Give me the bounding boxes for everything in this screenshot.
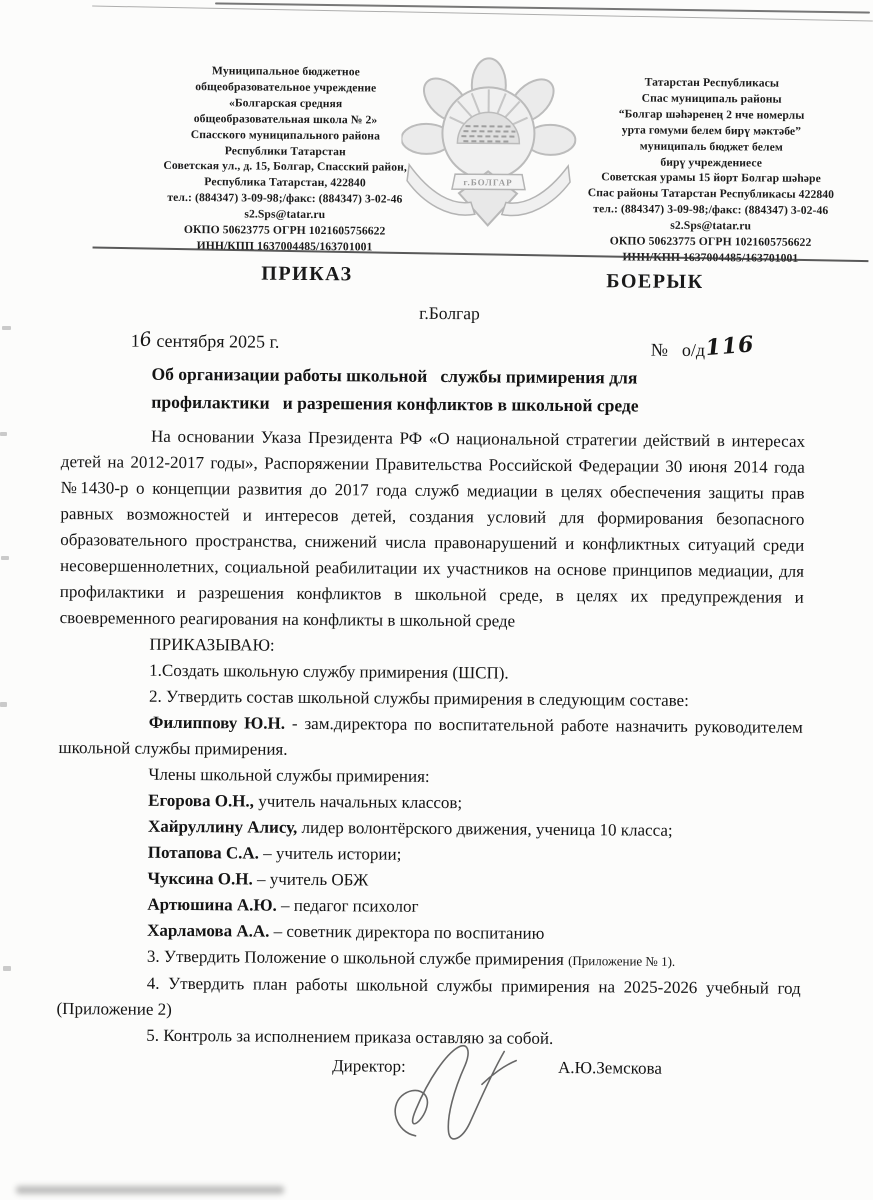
- person-role: – учитель истории;: [259, 844, 402, 864]
- person-role: – педагог психолог: [277, 896, 419, 916]
- org-block-tatar: Татарстан Республикасы Спас муниципаль р…: [554, 74, 867, 267]
- city-line: г.Болгар: [0, 300, 871, 328]
- order-main-text: Об организации работы школьной службы пр…: [56, 360, 806, 1083]
- number-prefix: о/д: [682, 340, 705, 360]
- order-date: 16 сентября 2025 г.: [131, 330, 280, 353]
- number-handwritten: 116: [705, 331, 756, 361]
- appendix-note: (Приложение № 1).: [568, 953, 675, 969]
- school-emblem-icon: г.БОЛГАР: [401, 53, 577, 232]
- person-role: учитель начальных классов;: [254, 792, 462, 813]
- order-item-5: 5. Контроль за исполнением приказа остав…: [56, 1022, 800, 1054]
- person-name: Филиппову Ю.Н.: [149, 713, 285, 733]
- handwritten-signature: [385, 1038, 556, 1159]
- document-body: Муниципальное бюджетное общеобразователь…: [0, 0, 873, 1200]
- item-3-text: 3. Утвердить Положение о школьной службе…: [147, 947, 568, 969]
- date-tail: сентября 2025 г.: [152, 331, 280, 352]
- org-line: тел.: (884347) 3-09-98;/факс: (884347) 3…: [127, 190, 443, 208]
- scanned-order-page: Муниципальное бюджетное общеобразователь…: [0, 0, 873, 1200]
- person-role: лидер волонтёрского движения, ученица 10…: [297, 818, 673, 840]
- emblem-ribbon-text: г.БОЛГАР: [463, 177, 512, 187]
- order-item-head-appointment: Филиппову Ю.Н. - зам.директора по воспит…: [58, 709, 802, 767]
- signature-name: А.Ю.Земскова: [558, 1058, 662, 1078]
- person-name: Егорова О.Н.,: [148, 791, 254, 811]
- signature-row: Директор: А.Ю.Земскова: [56, 1051, 800, 1083]
- signature-role: Директор:: [332, 1056, 406, 1076]
- order-number: №о/д116: [651, 336, 754, 363]
- person-name: Хайруллину Алису,: [148, 817, 297, 837]
- person-name: Харламова А.А.: [147, 921, 269, 941]
- org-line: Советская ул., д. 15, Болгар, Спасский р…: [127, 158, 443, 176]
- person-name: Потапова С.А.: [148, 843, 259, 863]
- number-sign: №: [651, 340, 668, 360]
- org-block-russian: Муниципальное бюджетное общеобразователь…: [126, 63, 443, 256]
- preamble-paragraph: На основании Указа Президента РФ «О наци…: [60, 423, 806, 637]
- person-name: Чуксина О.Н.: [148, 869, 253, 889]
- person-role: – учитель ОБЖ: [253, 870, 369, 890]
- order-title-tatar: БОЕРЫК: [606, 270, 704, 294]
- org-line: тел.: (884347) 3-09-98;/факс: (884347) 3…: [555, 201, 867, 219]
- order-subject: Об организации работы школьной службы пр…: [151, 361, 799, 421]
- order-item-4: 4. Утвердить план работы школьной службы…: [56, 970, 800, 1028]
- order-title-russian: ПРИКАЗ: [261, 263, 353, 287]
- person-name: Артюшина А.Ю.: [147, 895, 277, 915]
- person-role: – советник директора по воспитанию: [269, 922, 544, 943]
